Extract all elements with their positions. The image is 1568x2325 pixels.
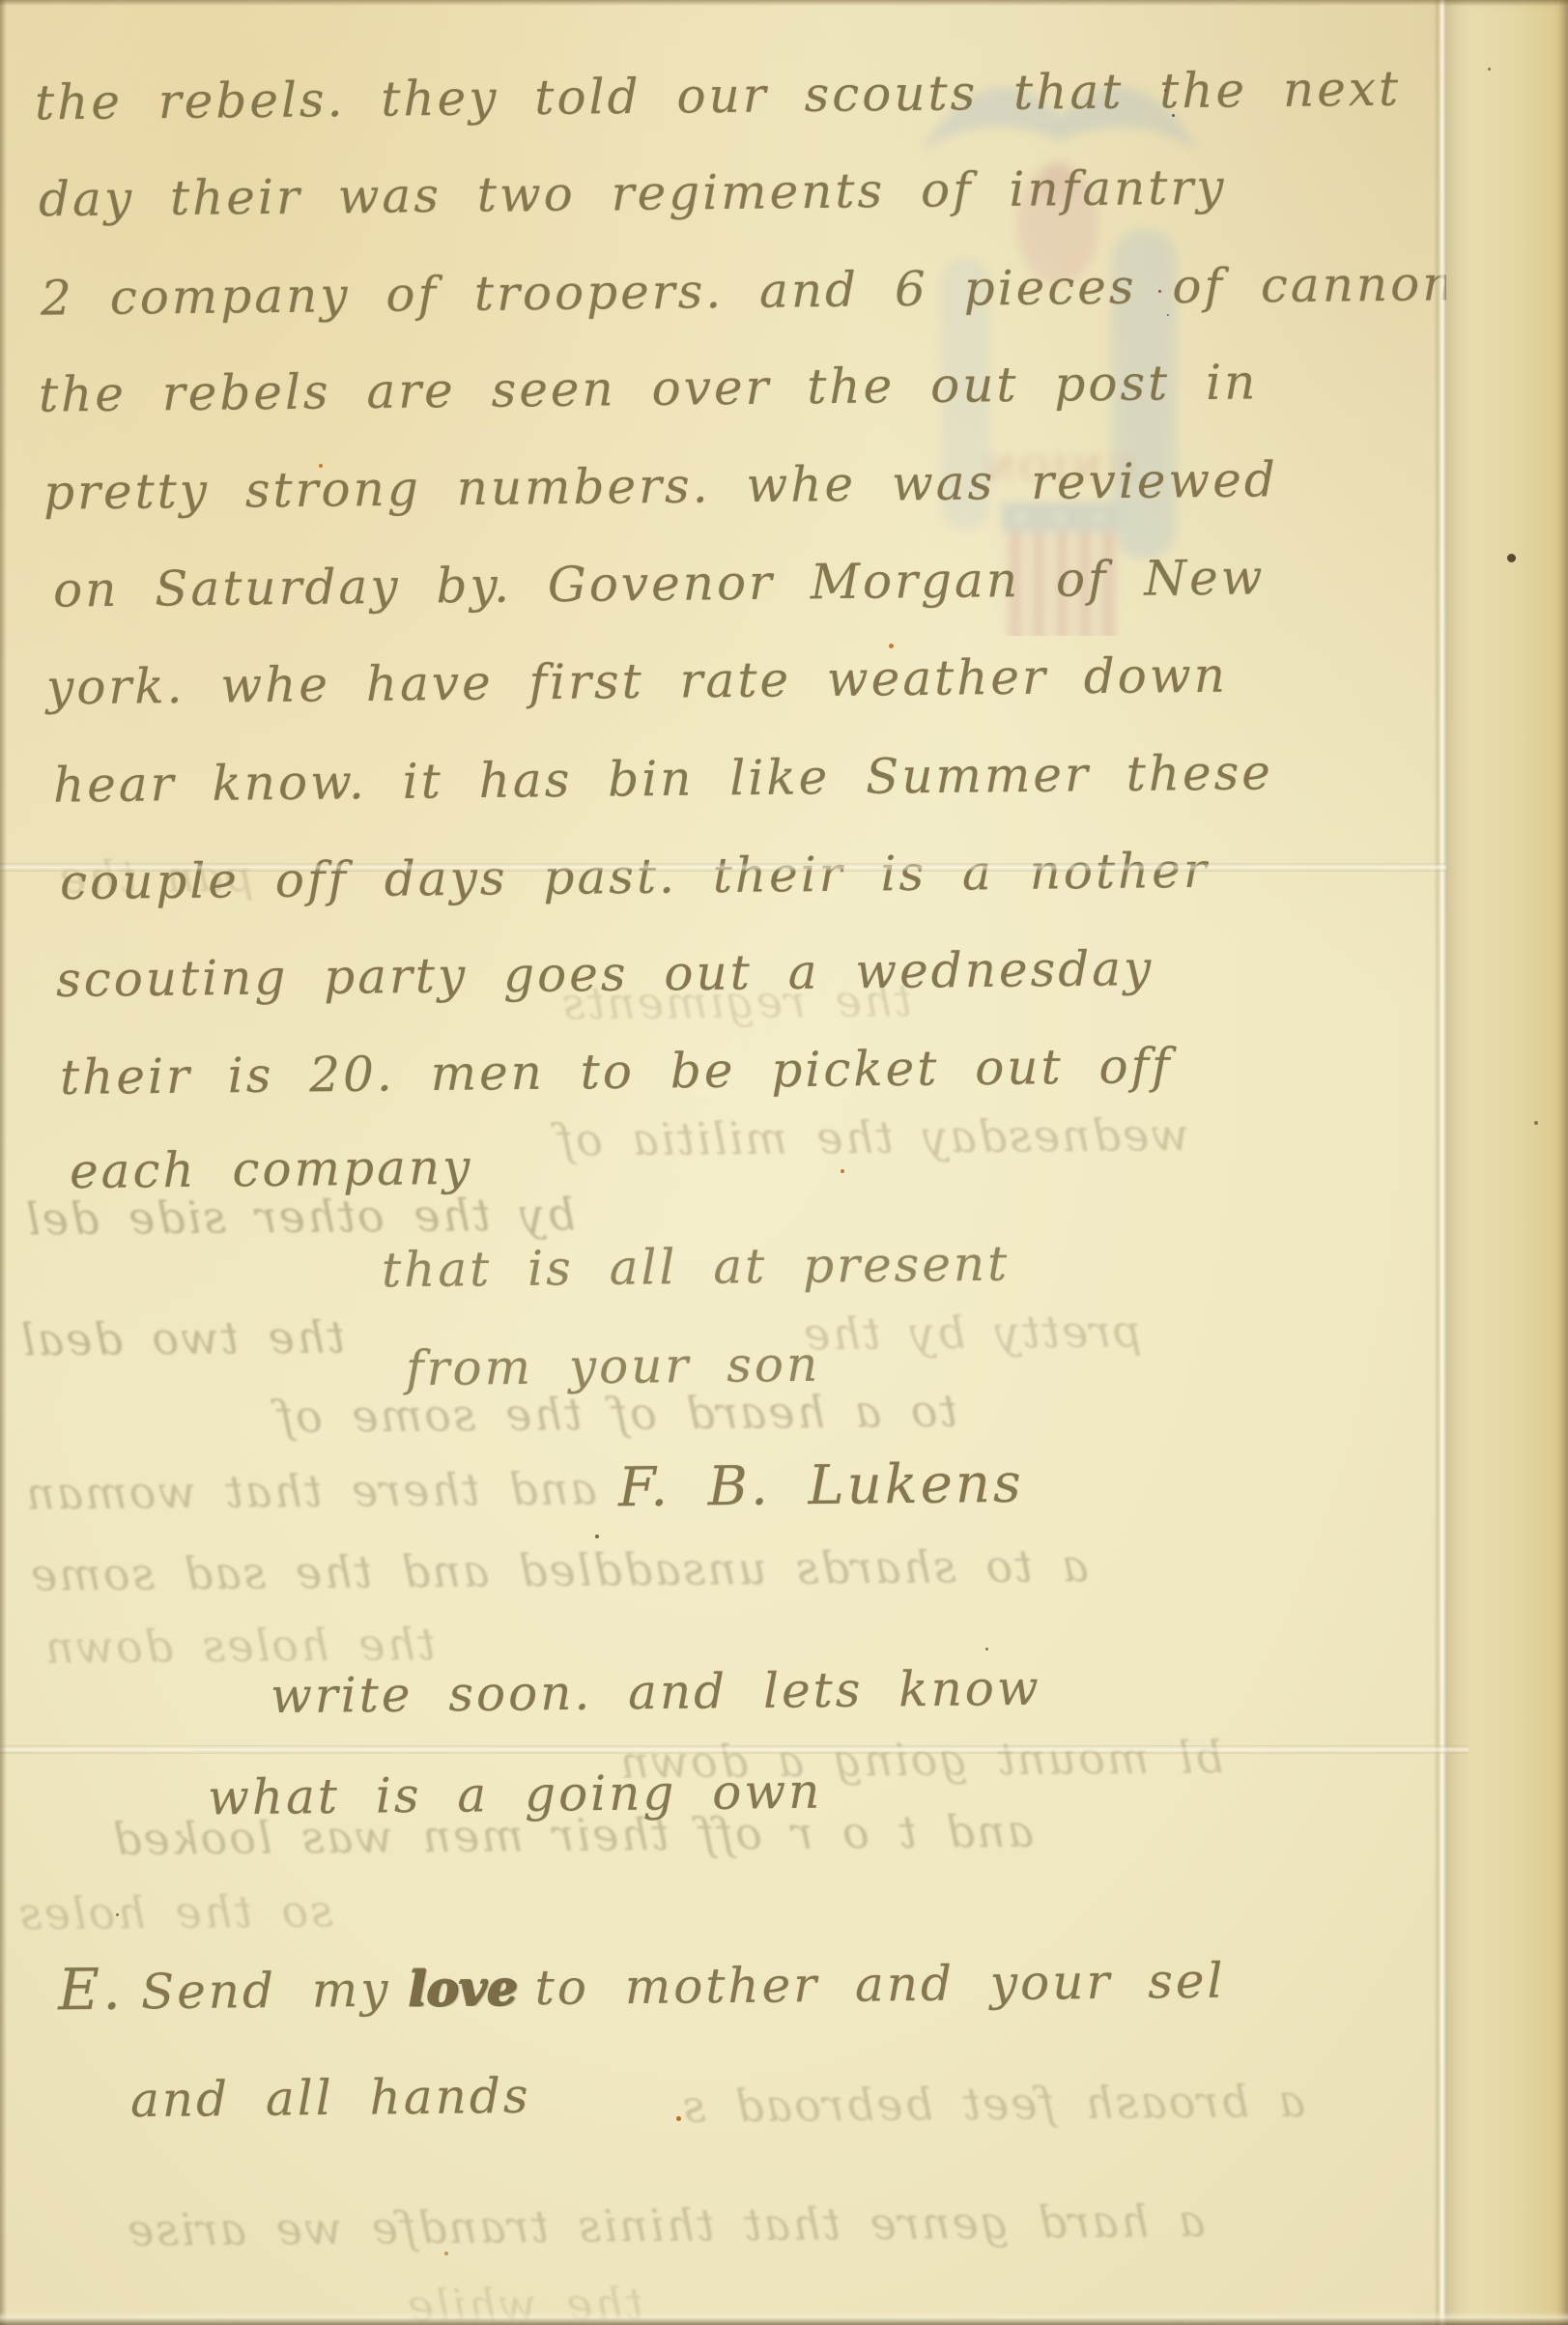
handwriting-line: hear know. it has bin like Summer these xyxy=(53,744,1273,813)
line-text: what is a going own xyxy=(208,1764,823,1826)
line-text: hear know. it has bin like Summer these xyxy=(53,744,1273,813)
paper-edge-top xyxy=(0,0,1568,6)
paper-speck xyxy=(841,1169,844,1173)
line-text: 2 company of troopers. and 6 pieces of c… xyxy=(41,255,1457,326)
line-text: F. B. Lukens xyxy=(618,1452,1024,1519)
paper-speck xyxy=(1158,290,1161,293)
handwriting-line: E.Send myloveto mother and your sel xyxy=(58,1944,1226,2024)
horizontal-crease-lower xyxy=(0,1745,1468,1754)
paper-speck xyxy=(1488,68,1491,71)
bleedthrough-line: pretty by the xyxy=(802,1305,1142,1360)
handwriting-line: F. B. Lukens xyxy=(618,1452,1024,1519)
paper-speck xyxy=(1534,1121,1538,1125)
paper-speck xyxy=(319,464,323,468)
scribble-word: love xyxy=(408,1959,518,2017)
paper-speck xyxy=(116,1913,119,1916)
paper-speck xyxy=(1507,554,1516,562)
bleedthrough-line: so the holes xyxy=(17,1885,333,1940)
line-text: york. whe have first rate weather down xyxy=(46,647,1228,716)
line-text: each company xyxy=(70,1139,473,1199)
bleedthrough-line: a broash feet bebroad s xyxy=(681,2075,1305,2133)
paper-speck xyxy=(1167,314,1169,316)
paper-speck xyxy=(595,1535,599,1538)
paper-edge-bottom xyxy=(0,2311,1568,2325)
handwriting-line: scouting party goes out a wednesday xyxy=(56,940,1155,1008)
handwriting-line: couple off days past. their is a nother xyxy=(60,843,1210,910)
paper-edge-left xyxy=(0,0,7,2325)
paper-speck xyxy=(1172,114,1175,117)
bleedthrough-line: a hard genre that thinis trandfe we aris… xyxy=(126,2195,1206,2256)
handwriting-line: york. whe have first rate weather down xyxy=(46,647,1228,716)
line-text: couple off days past. their is a nother xyxy=(60,843,1210,910)
line-text: scouting party goes out a wednesday xyxy=(56,940,1155,1008)
paper-speck xyxy=(676,2116,681,2121)
handwriting-line: from your son xyxy=(406,1336,821,1396)
line-text: to mother and your sel xyxy=(534,1953,1225,2016)
bleedthrough-line: wednesday the militia of xyxy=(556,1108,1189,1166)
bleedthrough-line: the holes down xyxy=(43,1618,436,1674)
right-paper-strip xyxy=(1446,0,1568,2325)
handwriting-line: what is a going own xyxy=(208,1764,823,1826)
handwriting-line: and all hands xyxy=(130,2068,531,2128)
handwriting-line: each company xyxy=(70,1139,473,1199)
bleedthrough-line: the two deal xyxy=(19,1311,345,1366)
paper-speck xyxy=(985,1648,988,1650)
paper-speck xyxy=(1164,89,1167,92)
bleedthrough-line: a to shards unsaddled and the sad some xyxy=(29,1539,1089,1601)
horizontal-crease-upper xyxy=(0,863,1446,872)
line-text: Send my xyxy=(141,1962,391,2021)
flourish-word: E. xyxy=(58,1956,125,2024)
line-text: from your son xyxy=(406,1336,821,1396)
handwriting-line: write soon. and lets know xyxy=(271,1660,1041,1724)
letter-page: UNION wednesday the militia ofby the oth… xyxy=(0,0,1568,2325)
paper-speck xyxy=(444,2252,448,2255)
line-text: their is 20. men to be picket out off xyxy=(60,1038,1173,1105)
handwriting-line: their is 20. men to be picket out off xyxy=(60,1038,1173,1105)
line-text: and all hands xyxy=(130,2068,531,2128)
handwriting-line: that is all at present xyxy=(382,1236,1011,1299)
bleedthrough-line: and there that woman xyxy=(24,1462,597,1519)
paper-speck xyxy=(889,644,894,648)
line-text: write soon. and lets know xyxy=(271,1660,1041,1724)
handwriting-line: 2 company of troopers. and 6 pieces of c… xyxy=(41,255,1457,326)
line-text: that is all at present xyxy=(382,1236,1011,1299)
